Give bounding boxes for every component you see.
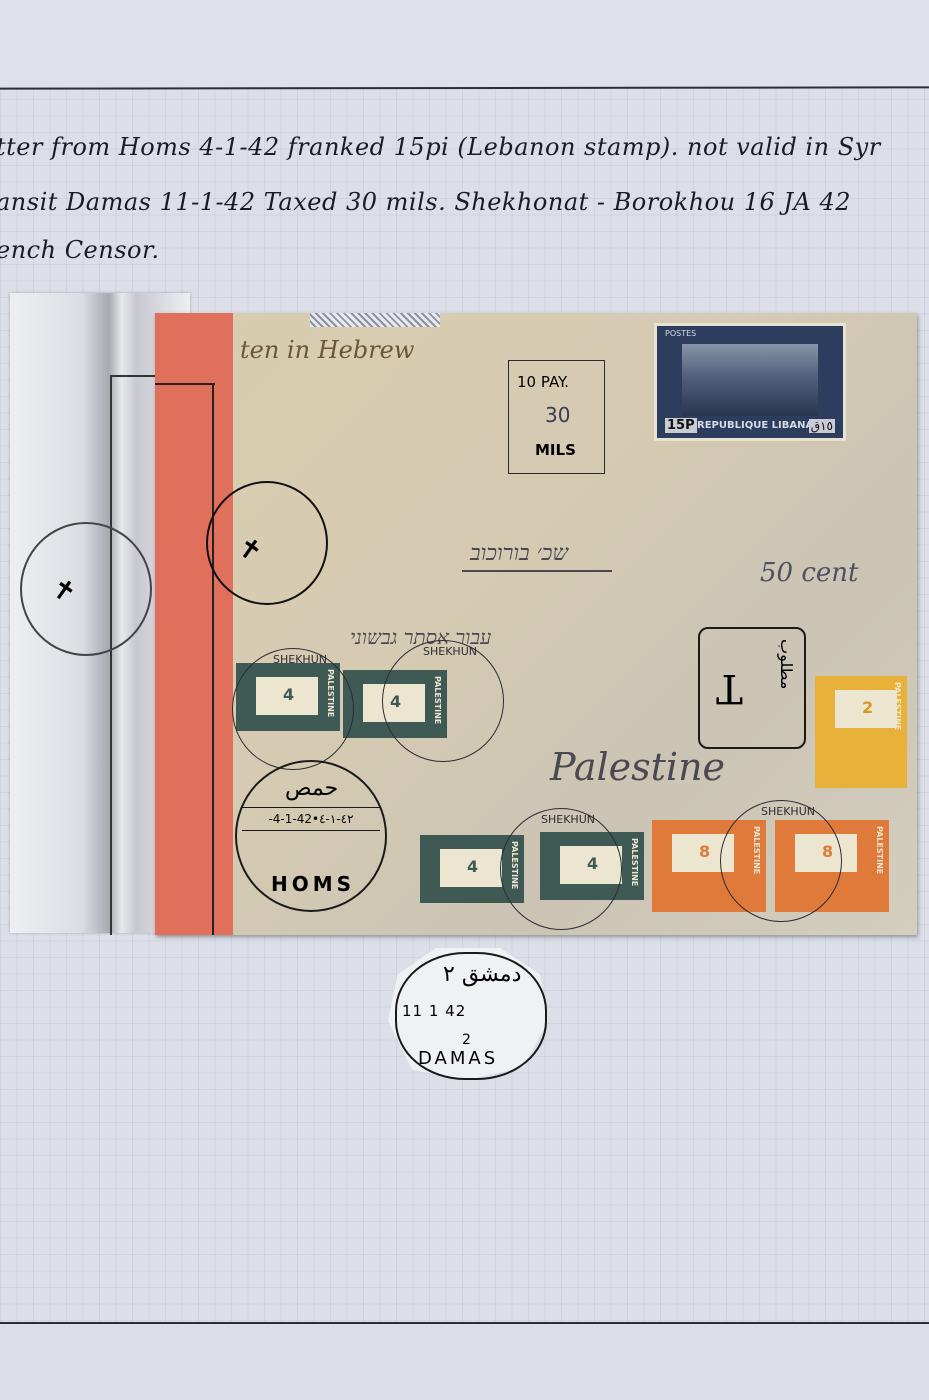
- homs-postmark: حمص -4-1-42•٤٢-١-٤ HOMS: [235, 760, 387, 912]
- shekhunat-postmark: SHEKHUN: [382, 640, 504, 762]
- waterfall-scene: [682, 344, 818, 416]
- shekhunat-postmark: SHEKHUN: [720, 800, 842, 922]
- address-line-1: שכ׳ בורוכוב: [470, 540, 568, 566]
- homs-arabic: حمص: [285, 776, 338, 801]
- french-censor-mark-back: ✝: [20, 522, 152, 656]
- page-bottom-margin: [0, 1324, 929, 1400]
- caption-line-1: tter from Homs 4-1-42 franked 15pi (Leba…: [0, 133, 881, 161]
- envelope-tear: [310, 313, 440, 327]
- censor-tape-line: [212, 383, 214, 935]
- stamp-top-label: POSTES: [665, 329, 696, 338]
- shekhunat-postmark: SHEKHUN: [500, 808, 622, 930]
- censor-tape: [155, 313, 233, 935]
- pencil-note: 50 cent: [760, 558, 859, 588]
- page-top-margin: [0, 0, 929, 88]
- stamp-value-arabic: ١٥ق: [809, 419, 835, 433]
- lebanon-15p-stamp: POSTES 15P REPUBLIQUE LIBANAISE ١٥ق: [657, 326, 843, 438]
- t-tax-handstamp: T مطلوب: [698, 627, 806, 749]
- cross-of-lorraine-icon: ✝: [45, 570, 83, 610]
- destination-palestine: Palestine: [550, 745, 725, 789]
- homs-city: HOMS: [271, 872, 355, 896]
- damas-postmark-ring: [395, 952, 547, 1080]
- stamp-value: 15P: [665, 418, 697, 433]
- homs-date: -4-1-42•٤٢-١-٤: [242, 807, 380, 831]
- caption-line-3: ench Censor.: [0, 236, 159, 264]
- tax-unit: MILS: [535, 441, 576, 459]
- tax-handstamp: 10 PAY. 30 MILS: [508, 360, 605, 474]
- written-in-hebrew-note: ten in Hebrew: [240, 336, 414, 364]
- shekhunat-postmark: SHEKHUN: [232, 648, 354, 770]
- tax-line-1: 10 PAY.: [517, 373, 569, 391]
- tax-amount: 30: [545, 403, 570, 427]
- french-censor-mark: ✝: [206, 481, 328, 605]
- caption-line-2: ansit Damas 11-1-42 Taxed 30 mils. Shekh…: [0, 188, 851, 216]
- cross-of-lorraine-icon: ✝: [231, 529, 269, 569]
- address-underline: [462, 570, 612, 572]
- flap-frame-line: [110, 375, 112, 935]
- postage-due-stamp: 2 PALESTINE: [815, 676, 907, 788]
